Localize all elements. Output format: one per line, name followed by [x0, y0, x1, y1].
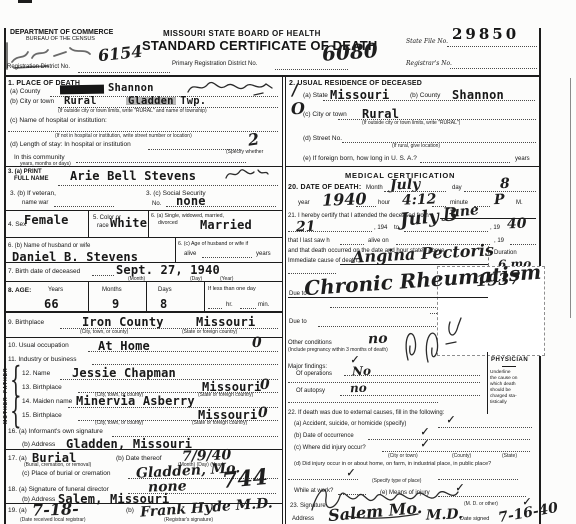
physician-side-label: PHYSICIAN: [491, 357, 528, 363]
birthplace-label: 9. Birthplace: [8, 320, 44, 327]
dotted-line: [54, 205, 114, 207]
autopsy-value: no: [350, 382, 367, 395]
dotted-line: [420, 161, 510, 163]
dotted-line: [356, 205, 376, 207]
dotted-line: [76, 161, 246, 163]
father-birthplace-label: 13. Birthplace: [22, 385, 62, 392]
spouse-age-label-1: 6. (c) Age of husband or wife if: [178, 242, 248, 247]
row-rule-thick: [4, 311, 282, 313]
veteran-label-2: name war: [22, 200, 48, 206]
birthplace-note-1: (City, town, or county): [80, 330, 128, 335]
father-bp-note-2: (State or foreign country): [198, 393, 253, 398]
burial-date-label: (b) Date thereof: [116, 456, 162, 463]
ink-smudge: [126, 97, 176, 105]
dotted-line: [288, 401, 438, 403]
label-194: , 194: [374, 225, 387, 231]
check-mark: ✓: [419, 438, 429, 450]
cell-divider: [88, 210, 89, 237]
residence-city-note: (If outside city or town limits, write "…: [362, 121, 460, 126]
mother-bp-note-1: (City, town, or county): [95, 421, 143, 426]
marital-value: Married: [200, 219, 252, 231]
name-label-2: FULL NAME: [14, 176, 49, 182]
md-or-other-note: (M. D. or other): [464, 502, 498, 507]
date-signed-label: Date signed: [460, 517, 489, 523]
registrar-no-label: Registrar's No.: [406, 61, 452, 67]
mother-bp-note-2: (State or foreign country): [192, 421, 247, 426]
age-min-label: min.: [258, 302, 269, 308]
other-conditions-note: (Include pregnancy within 3 months of de…: [288, 348, 388, 353]
dotted-line: [275, 68, 348, 70]
state-file-number: 29850: [452, 27, 519, 42]
cell-divider: [146, 281, 147, 311]
burial-method-note: (Burial, cremation, or removal): [24, 463, 91, 468]
ext-b-label: (b) Date of occurrence: [294, 433, 354, 439]
mother-name-label: 14. Maiden name: [22, 399, 72, 406]
age-col-days: Days: [158, 287, 172, 293]
dotted-line: [78, 71, 170, 73]
dotted-line: [288, 381, 480, 383]
name-label-1: 3. (a) PRINT: [8, 169, 42, 175]
duration-label: Duration: [494, 250, 517, 256]
dotted-line: [404, 230, 488, 232]
ext-d-label: (d) Did injury occur in or about home, o…: [294, 462, 491, 468]
street-label: (d) Street No.: [303, 136, 342, 143]
header-rule: [4, 75, 541, 77]
dotted-line: [58, 184, 278, 186]
section-rule: [285, 166, 540, 167]
attended-to-year: 40: [507, 217, 527, 232]
physician-address-label: Address: [292, 516, 314, 522]
mother-side-label: MOTHER: [4, 396, 9, 424]
dotted-line: [447, 45, 537, 47]
spouse-age-label-2: alive: [184, 251, 196, 257]
color-label-2: race: [97, 223, 109, 229]
cell-divider: [88, 281, 89, 311]
check-mark: ✓: [445, 414, 455, 426]
city-note: (If outside city or town limits, write "…: [58, 109, 207, 114]
registration-district-value: 6154: [97, 44, 143, 65]
father-name-label: 12. Name: [22, 371, 50, 378]
city-label: (b) City or town: [10, 99, 54, 106]
dotted-line: [340, 243, 364, 245]
received-note: (Date received local registrar): [20, 518, 86, 523]
dotted-line: [438, 426, 532, 428]
dotted-line: [8, 130, 278, 132]
row-rule: [4, 281, 282, 282]
city-value: Rural: [64, 96, 97, 107]
ssn-label-2: No.: [152, 201, 161, 207]
major-findings-label: Major findings:: [288, 364, 327, 370]
row-rule: [4, 449, 282, 450]
dotted-line: [92, 274, 114, 276]
primary-district-value: 6080: [321, 40, 378, 64]
hour-label: hour: [378, 200, 390, 206]
foreign-born-label: (e) If foreign born, how long in U. S. A…: [303, 156, 417, 163]
age-hr-label: hr.: [226, 302, 233, 308]
cell-divider: [148, 210, 149, 237]
margin-dash: [502, 366, 516, 367]
county-label: (a) County: [10, 89, 40, 96]
row-rule: [4, 210, 282, 211]
length-of-stay-value: 2: [247, 131, 260, 148]
ext-a-label: (a) Accident, suicide, or homicide (spec…: [294, 421, 406, 427]
dotted-line: [208, 307, 222, 309]
age-years-value: 66: [44, 298, 59, 310]
label-to: to: [394, 225, 399, 231]
dotted-line: [344, 374, 480, 376]
name-handwritten-scrawl: [222, 166, 270, 184]
hospital-label: (c) Name of hospital or institution:: [10, 118, 107, 125]
check-mark: ✓: [419, 426, 429, 438]
age-col-less: If less than one day: [208, 287, 256, 293]
attended-from-day: 21: [296, 220, 316, 235]
veteran-label-1: 3. (b) If veteran,: [10, 191, 56, 198]
dotted-line: [340, 394, 480, 396]
dotted-line: [368, 438, 530, 440]
other-conditions-scrawl: [398, 316, 468, 368]
dotted-line: [240, 307, 256, 309]
registrar-sig-note: (Registrar's signature): [164, 518, 213, 523]
marital-label-2: divorced: [158, 221, 178, 226]
age-col-years: Years: [48, 287, 63, 293]
margin-divider: [487, 352, 488, 414]
stay-note-1: (Specify whether: [226, 150, 263, 155]
due-to-2-label: Due to: [289, 319, 307, 325]
operations-label: Of operations: [296, 371, 332, 377]
row-rule: [4, 237, 282, 238]
age-days-value: 8: [160, 298, 167, 310]
birthplace-note-2: (State or foreign country): [182, 330, 237, 335]
underline-note-6: tistically: [490, 401, 507, 406]
m-label: M.: [516, 200, 523, 206]
ext-c-note-1: (City or town): [388, 454, 418, 459]
external-causes-label: 22. If death was due to external causes,…: [288, 410, 444, 416]
spouse-age-units: years: [256, 251, 271, 257]
due-to-1-year: 1937: [476, 271, 521, 289]
father-birthplace-mark: 0: [260, 378, 270, 392]
deceased-name: Arie Bell Stevens: [70, 170, 196, 182]
informant-address-label: (b) Address: [22, 442, 55, 449]
dotted-line: [510, 243, 536, 245]
month-label: Month: [366, 185, 383, 191]
attended-to-date: July 3: [399, 206, 458, 230]
street-note: (If rural, give location): [392, 144, 440, 149]
registrar-sig-label: (b): [126, 508, 134, 515]
other-conditions-value: no: [368, 332, 388, 347]
spouse-label: 6. (b) Name of husband or wife: [8, 243, 90, 249]
dotted-line: [288, 230, 372, 232]
mother-brace: {: [10, 394, 22, 429]
cell-divider: [175, 237, 176, 262]
age-label: 8. AGE:: [8, 288, 31, 295]
ext-c-note-2: (County): [452, 454, 471, 459]
date-signed-value: 7-16-40: [497, 501, 559, 524]
scan-artifact: [18, 0, 32, 3]
check-mark: ✓: [345, 467, 355, 479]
occupation-mark: 0: [252, 336, 262, 350]
color-value: White: [110, 217, 147, 229]
informant-signature-label: 16. (a) Informant's own signature: [8, 429, 103, 436]
column-divider-2: [285, 77, 286, 524]
death-ampm: P: [494, 193, 505, 207]
father-side-label: FATHER: [4, 367, 9, 393]
dotted-line: [166, 205, 276, 207]
mother-birthplace-label: 15. Birthplace: [22, 413, 62, 420]
board-title: MISSOURI STATE BOARD OF HEALTH: [163, 30, 321, 38]
length-of-stay-label: (d) Length of stay: In hospital or insti…: [10, 142, 131, 149]
state-file-label: State File No.: [406, 39, 448, 45]
autopsy-label: Of autopsy: [296, 388, 325, 394]
other-conditions-label: Other conditions: [288, 340, 332, 346]
redacted-entry: [60, 85, 104, 95]
dotted-line: [202, 256, 252, 258]
column-divider: [282, 77, 283, 524]
cell-divider: [204, 281, 205, 311]
registration-district-label: Registration District No.: [7, 64, 70, 70]
age-col-months: Months: [102, 287, 122, 293]
day-label: day: [452, 185, 462, 191]
margin-slash-mark: /: [292, 82, 298, 98]
death-certificate: DEPARTMENT OF COMMERCE BUREAU OF THE CEN…: [0, 0, 576, 524]
mother-birthplace-mark: 0: [258, 406, 268, 420]
certify-line-2c: , 19: [494, 238, 504, 244]
dotted-line: [88, 350, 278, 352]
row-rule: [4, 337, 282, 338]
dotted-line: [92, 363, 278, 365]
physician-md: M.D.: [426, 507, 463, 522]
burial-place-label: (c) Place of burial or cremation: [22, 471, 111, 478]
received-label: 19. (a): [8, 508, 27, 515]
certify-line-2a: that I last saw h: [288, 238, 330, 244]
fill-rule: [288, 297, 488, 298]
dotted-line: [450, 67, 537, 69]
ext-c-label: (c) Where did injury occur?: [294, 445, 366, 451]
hospital-note: (If not in hospital or institution, writ…: [55, 134, 192, 139]
dept-line1: DEPARTMENT OF COMMERCE: [10, 29, 113, 36]
funeral-director-number: 744: [221, 466, 269, 492]
year-label: year: [298, 200, 310, 206]
primary-district-label: Primary Registration District No.: [172, 61, 257, 67]
occupation-label: 10. Usual occupation: [8, 343, 69, 350]
birthdate-label: 7. Birth date of deceased: [8, 269, 80, 276]
sex-value: Female: [24, 214, 69, 226]
foreign-born-units: years: [515, 156, 530, 162]
birthdate-value: Sept. 27, 1940: [116, 264, 220, 276]
scan-artifact-line: [570, 78, 571, 318]
age-months-value: 9: [112, 298, 119, 310]
dotted-line: [323, 99, 535, 101]
certify-line-2b: alive on: [368, 238, 389, 244]
county-value: Shannon: [108, 83, 154, 94]
residence-section: 2. USUAL RESIDENCE OF DECEASED: [289, 80, 422, 87]
ext-c-note-3: (State): [502, 454, 517, 459]
dotted-line: [382, 450, 530, 452]
immediate-cause-value: Angina Pectoris: [352, 242, 495, 265]
label-19: , 19: [490, 225, 500, 231]
